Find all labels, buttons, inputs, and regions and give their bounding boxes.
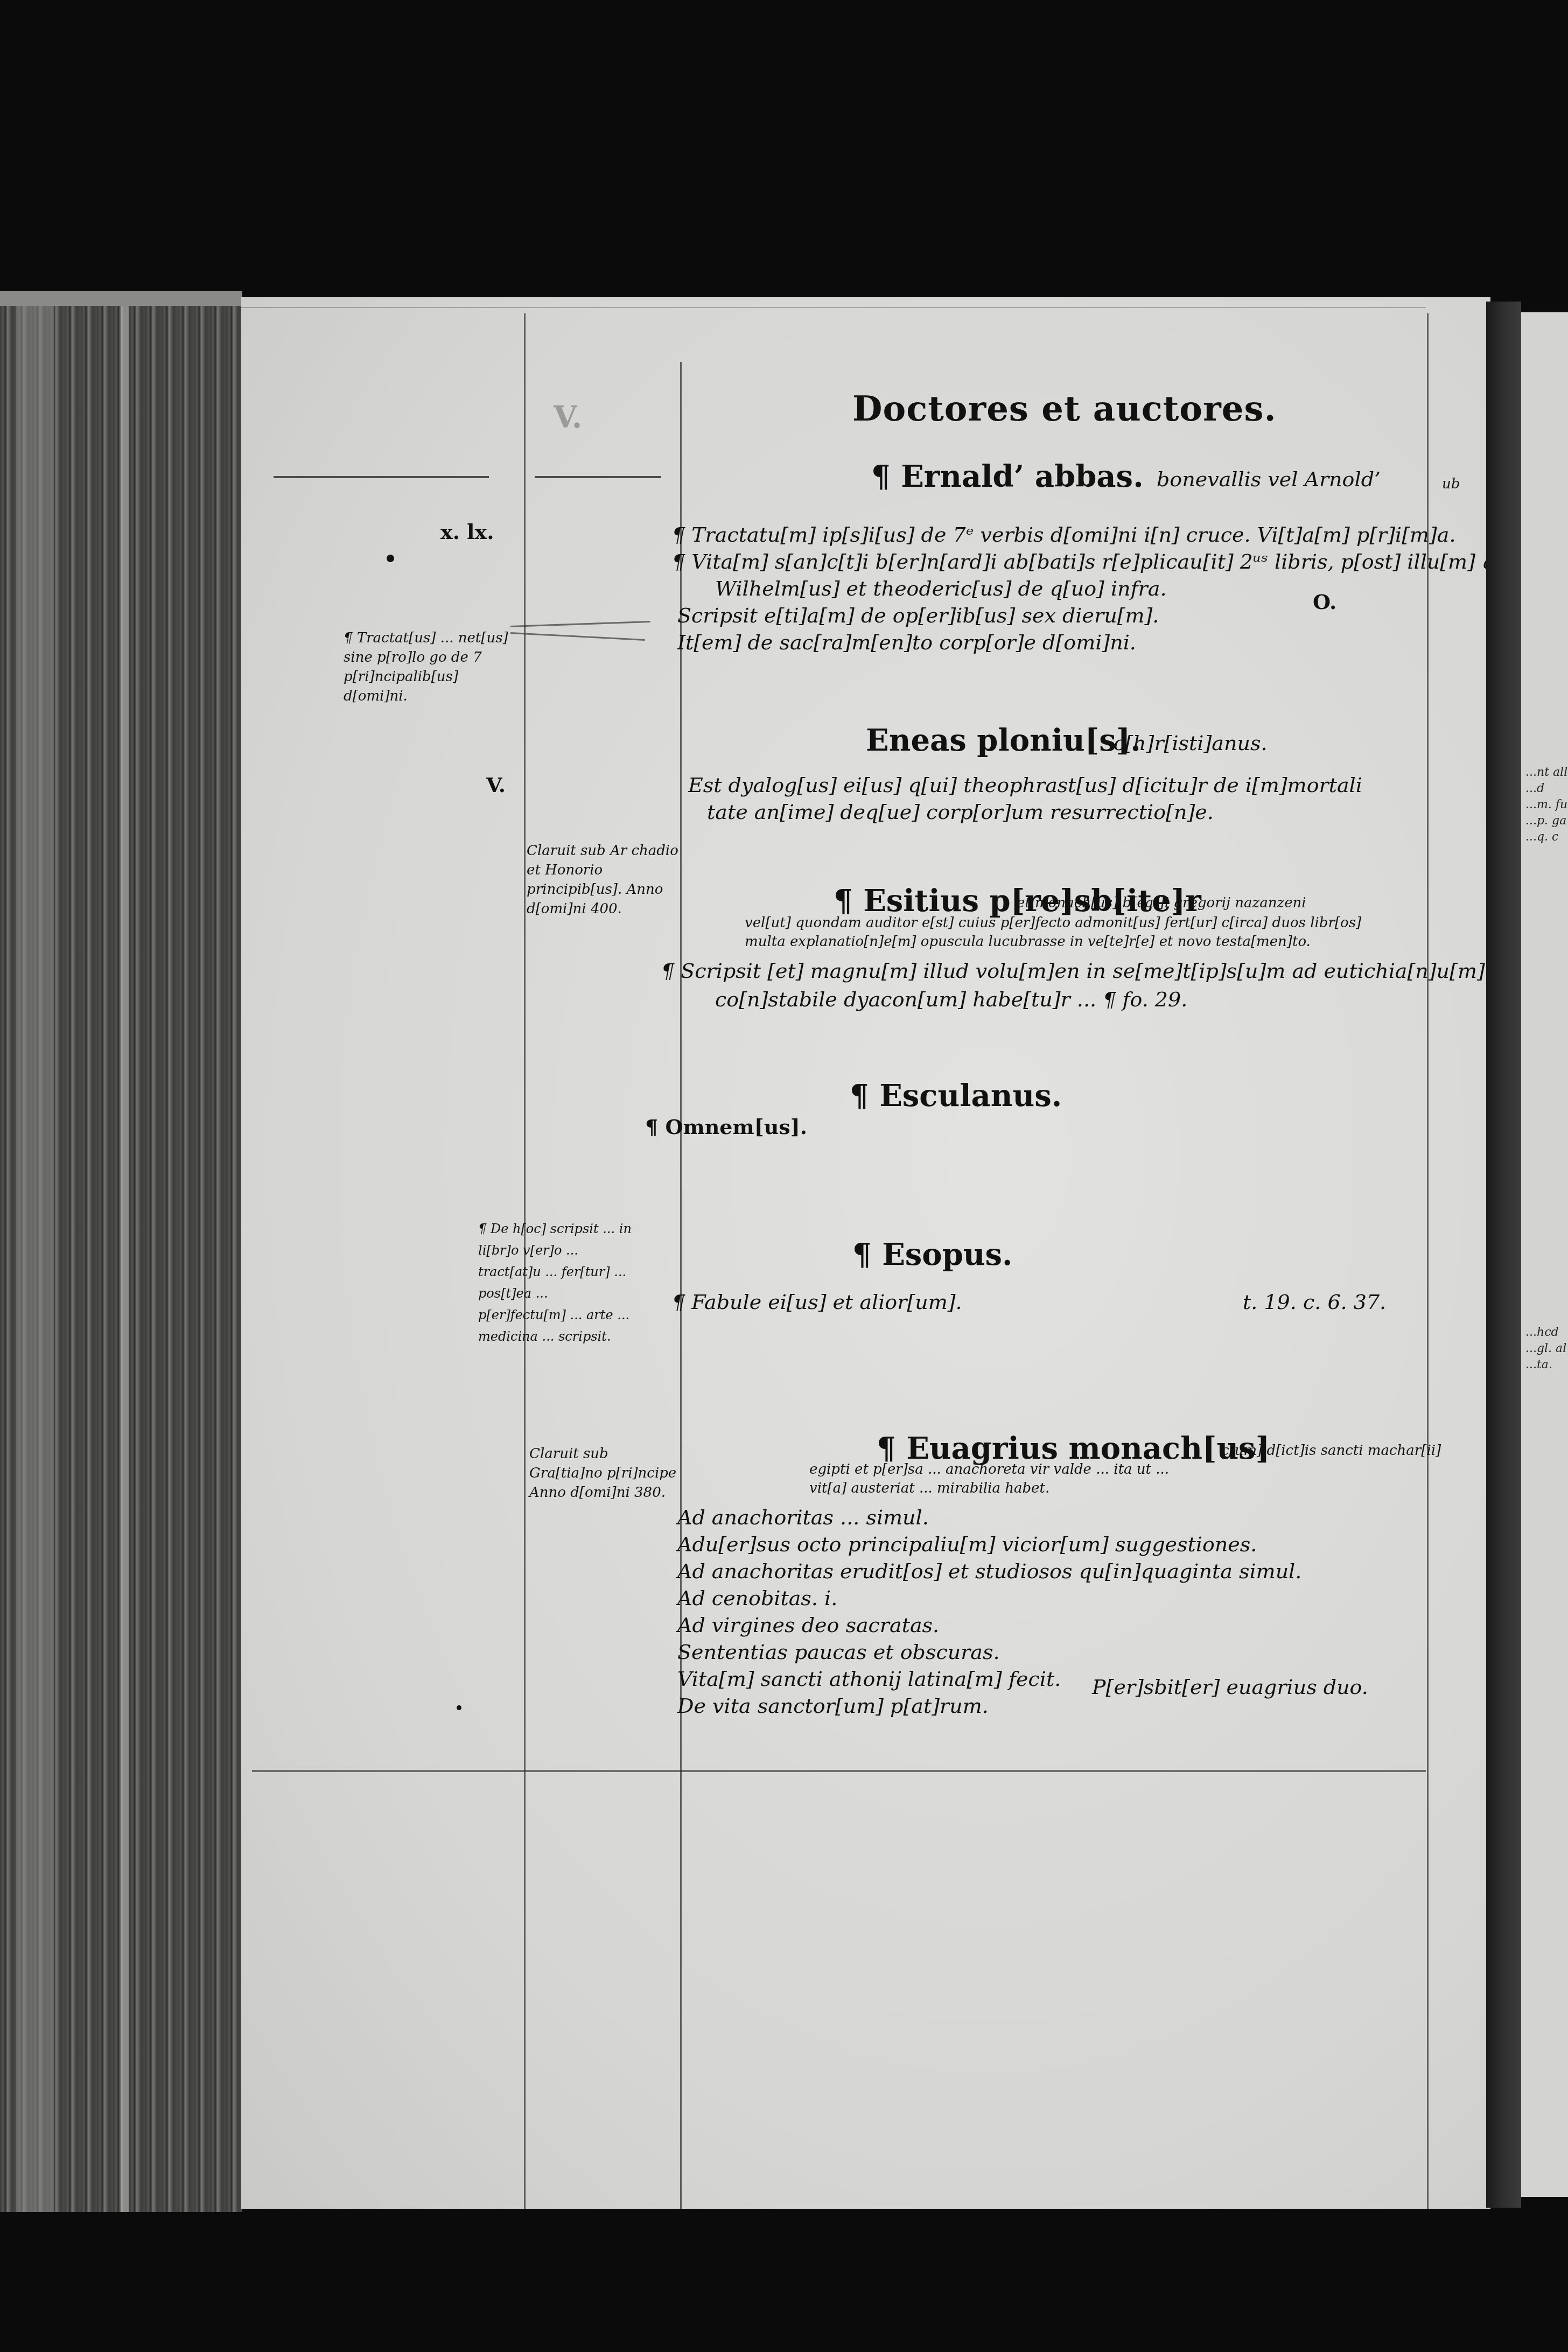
entry-gloss-line: vit[a] austeriat ... mirabilia habet. bbox=[809, 1479, 1049, 1497]
entry-line: De vita sanctor[um] p[at]rum. bbox=[677, 1692, 989, 1720]
facing-page-fragment: ...m. fu bbox=[1525, 797, 1568, 813]
gutter-shadow bbox=[1486, 302, 1521, 2208]
book-page-edges bbox=[0, 291, 242, 2212]
margin-dot bbox=[457, 1705, 461, 1710]
manuscript-page: V. Doctores et auctores. ¶ Ernald’ abbas… bbox=[241, 297, 1490, 2209]
entry-heading-esculanus: ¶ Esculanus. bbox=[850, 1078, 1062, 1114]
margin-note: ¶ De h[oc] scripsit ... in li[br]o v[er]… bbox=[478, 1218, 640, 1347]
entry-heading-aeneas: Eneas ploniu[s]. bbox=[866, 723, 1141, 758]
margin-leader-line bbox=[510, 621, 650, 627]
margin-note: Claruit sub Ar chadio et Honorio princip… bbox=[527, 841, 683, 919]
folio-mark: V. bbox=[554, 400, 582, 435]
ruling-header bbox=[274, 476, 489, 478]
entry-line: ¶ Vita[m] s[an]c[t]i b[er]n[ard]i ab[bat… bbox=[672, 548, 1568, 576]
entry-right-mark: O. bbox=[1313, 588, 1336, 616]
page-edge-highlight bbox=[121, 306, 129, 2212]
entry-heading-ernald: ¶ Ernald’ abbas. bbox=[871, 459, 1144, 494]
entry-line: Ad cenobitas. i. bbox=[677, 1584, 837, 1612]
entry-line: ¶ Fabule ei[us] et alior[um]. bbox=[672, 1288, 962, 1316]
margin-note: ¶ Tractat[us] ... net[us] sine p[ro]lo g… bbox=[344, 628, 510, 706]
entry-line: Ad anachoritas erudit[os] et studiosos q… bbox=[677, 1557, 1301, 1585]
entry-line: Wilhelm[us] et theoderic[us] de q[uo] in… bbox=[715, 575, 1167, 603]
margin-mark: x. lx. bbox=[440, 518, 494, 546]
margin-mark: V. bbox=[486, 771, 506, 799]
facing-page-fragment: ...gl. al bbox=[1525, 1341, 1568, 1357]
entry-gloss-line: vel[ut] quondam auditor e[st] cuius p[er… bbox=[745, 914, 1361, 932]
facing-page-sliver: ...nt all ...d ...m. fu ...p. ga ...q. c… bbox=[1521, 312, 1568, 2197]
margin-leader-line bbox=[510, 632, 645, 641]
entry-line: co[n]stabile dyacon[um] habe[tu]r ... ¶ … bbox=[715, 985, 1187, 1013]
ruling-top-edge bbox=[241, 307, 1426, 308]
entry-heading-esopus: ¶ Esopus. bbox=[852, 1237, 1013, 1272]
ruling-right-margin bbox=[1427, 313, 1429, 2209]
entry-line: ¶ Omnem[us]. bbox=[645, 1113, 807, 1141]
facing-page-fragment: ...ta. bbox=[1525, 1357, 1568, 1373]
page-title: Doctores et auctores. bbox=[852, 389, 1277, 429]
entry-line: Ad virgines deo sacratas. bbox=[677, 1611, 939, 1639]
margin-dot bbox=[387, 555, 394, 562]
entry-heading-gloss: c[um] d[ict]is sancti machar[ii] bbox=[1221, 1441, 1441, 1460]
facing-page-fragment: ...d bbox=[1525, 781, 1568, 797]
entry-gloss-line: multa explanatio[n]e[m] opuscula lucubra… bbox=[745, 933, 1311, 951]
margin-note: Claruit sub Gra[tia]no p[ri]ncipe Anno d… bbox=[529, 1444, 680, 1502]
entry-line: It[em] de sac[ra]m[en]to corp[or]e d[omi… bbox=[677, 628, 1136, 656]
entry-heading-gloss: c[h]r[isti]anus. bbox=[1114, 729, 1267, 757]
entry-line: Est dyalog[us] ei[us] q[ui] theophrast[u… bbox=[688, 771, 1362, 799]
facing-page-fragment: ...nt all bbox=[1525, 765, 1568, 781]
facing-page-fragment: ...q. c bbox=[1525, 829, 1568, 845]
facing-page-fragment: ...p. ga bbox=[1525, 813, 1568, 829]
entry-line: Scripsit e[ti]a[m] de op[er]ib[us] sex d… bbox=[677, 601, 1159, 629]
ruling-header bbox=[535, 476, 661, 478]
entry-line: Sententias paucas et obscuras. bbox=[677, 1638, 1000, 1666]
entry-side-note: P[er]sbit[er] euagrius duo. bbox=[1092, 1673, 1368, 1701]
entry-gloss-line: egipti et p[er]sa ... anachoreta vir val… bbox=[809, 1460, 1169, 1479]
entry-heading-gloss: bonevallis vel Arnold’ bbox=[1157, 465, 1381, 493]
facing-page-fragment: ...hcd bbox=[1525, 1325, 1568, 1341]
entry-right-reference: t. 19. c. 6. 37. bbox=[1243, 1288, 1386, 1316]
entry-line: tate an[ime] deq[ue] corp[or]um resurrec… bbox=[707, 798, 1214, 826]
entry-line: Adu[er]sus octo principaliu[m] vicior[um… bbox=[677, 1530, 1257, 1558]
entry-line: Vita[m] sancti athonij latina[m] fecit. bbox=[677, 1665, 1061, 1693]
entry-line: ¶ Tractatu[m] ip[s]i[us] de 7ᵉ verbis d[… bbox=[672, 521, 1456, 549]
entry-line: Ad anachoritas ... simul. bbox=[677, 1503, 929, 1531]
entry-heading-gloss: et monach[us] b[eat]i gregorij nazanzeni bbox=[1017, 894, 1306, 912]
entry-heading-trail: ub bbox=[1442, 475, 1460, 493]
entry-line: ¶ Scripsit [et] magnu[m] illud volu[m]en… bbox=[661, 957, 1485, 985]
ruling-footer bbox=[252, 1770, 1426, 1772]
page-edge-highlight bbox=[16, 306, 54, 2212]
